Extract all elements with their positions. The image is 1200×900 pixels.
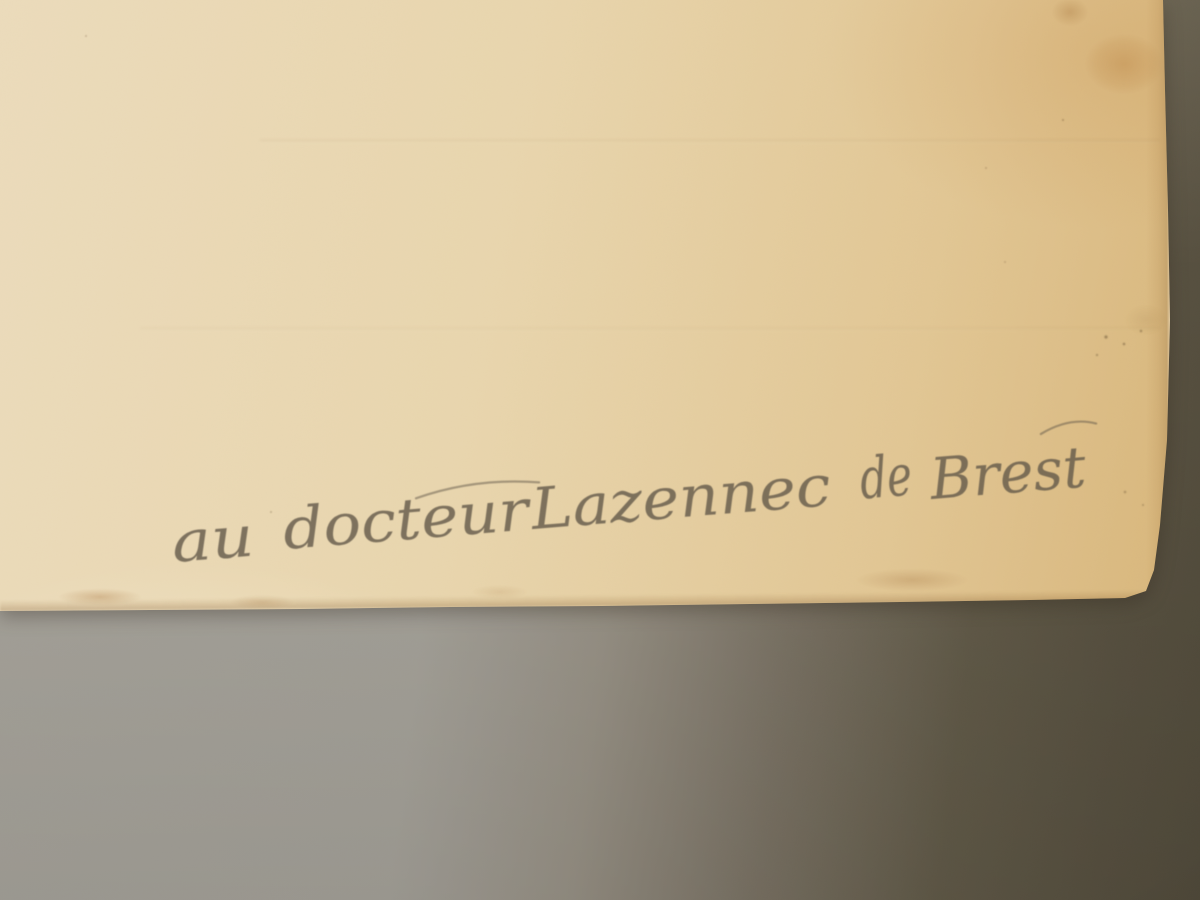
- photo-root: au docteur Lazennec de Brest: [0, 0, 1200, 900]
- inscription-word-lazennec: Lazennec: [528, 453, 833, 543]
- inscription-word-de: de: [857, 443, 914, 513]
- paper-surface: au docteur Lazennec de Brest: [0, 0, 1200, 900]
- paper-sheet: au docteur Lazennec de Brest: [0, 0, 1200, 900]
- inscription-word-docteur: docteur: [280, 477, 535, 563]
- pen-flourish-brest: [1040, 420, 1097, 434]
- handwritten-dedication: au docteur Lazennec de Brest: [150, 420, 1140, 620]
- right-edge-highlight: [1146, 0, 1172, 600]
- inscription-word-brest: Brest: [927, 435, 1089, 513]
- inscription-word-au: au: [169, 504, 256, 576]
